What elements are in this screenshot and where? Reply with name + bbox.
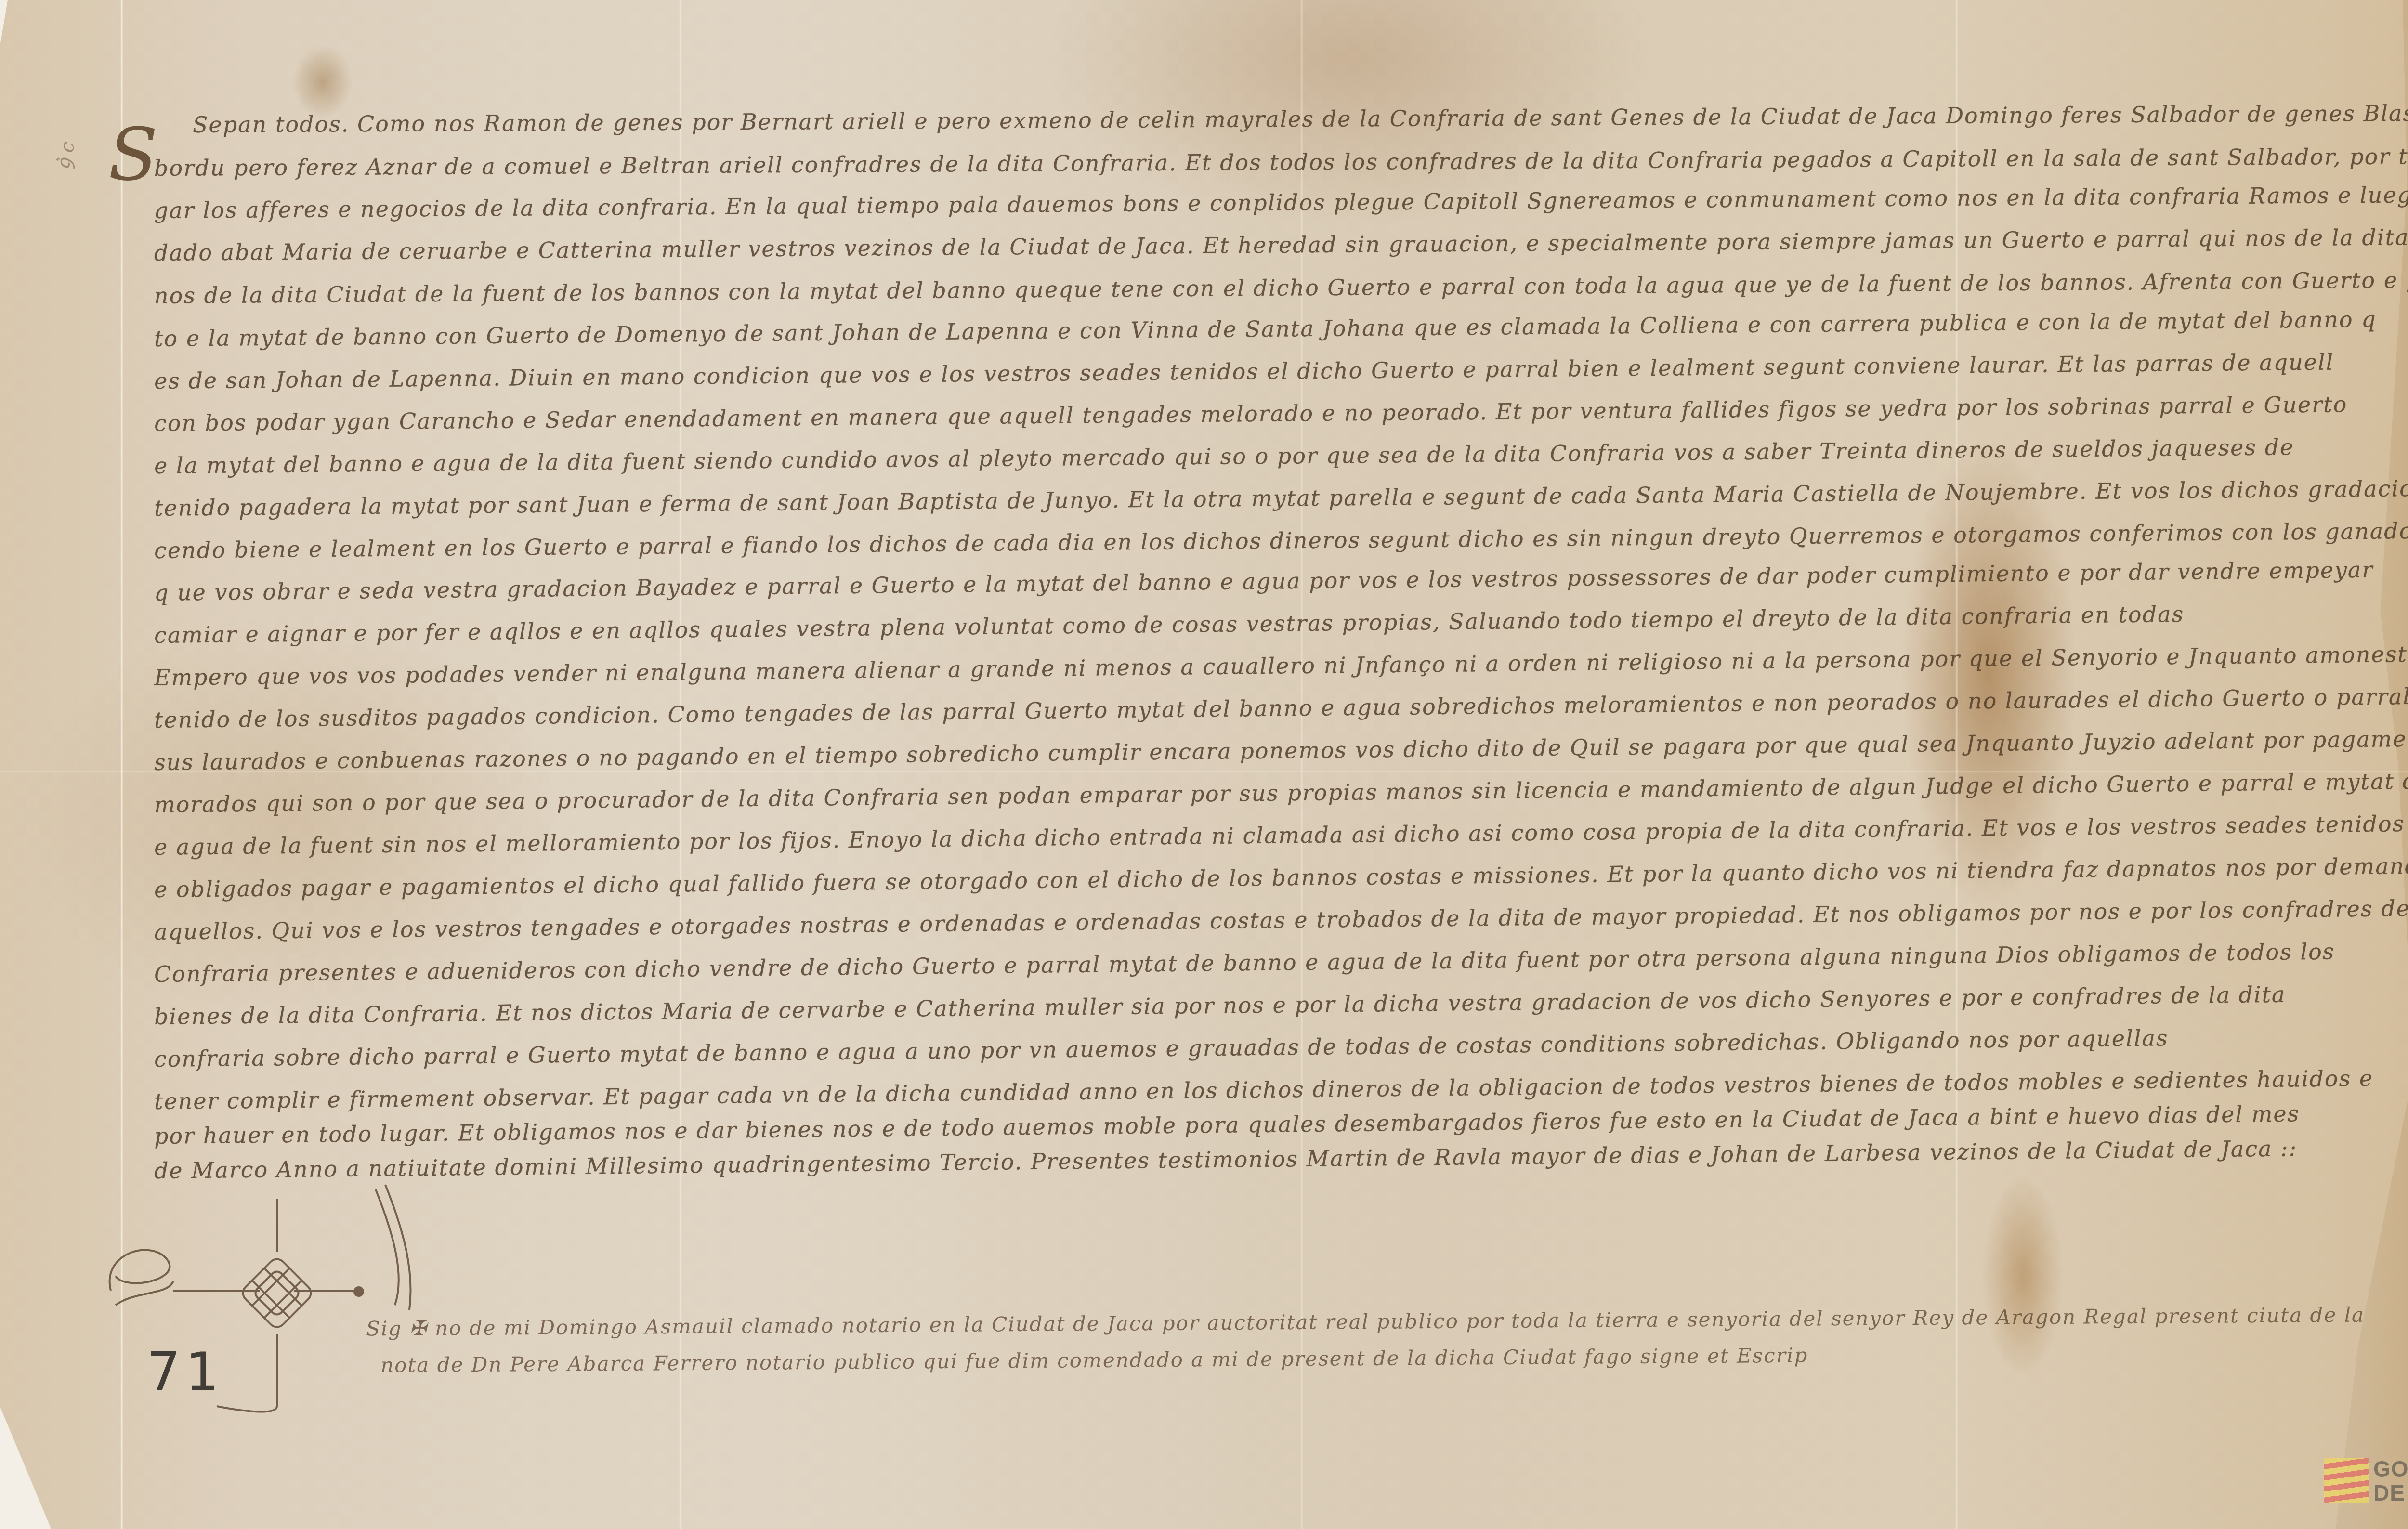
margin-note: ꝯ͛ c: [49, 139, 80, 171]
document-scan: ꝯ͛ c S Sepan todos. Como nos Ramon de ge…: [0, 0, 2408, 1529]
watermark-line-1: GOBIERNO: [2373, 1457, 2408, 1481]
watermark-line-2: DE ARAGON: [2373, 1481, 2408, 1505]
aragon-flag-icon: [2324, 1458, 2369, 1503]
fold-crease: [1300, 0, 1303, 1529]
decorated-initial: S: [108, 113, 158, 197]
archive-number: 71: [147, 1341, 224, 1403]
gobierno-de-aragon-watermark: GOBIERNO DE ARAGON: [2324, 1457, 2408, 1505]
watermark-text: GOBIERNO DE ARAGON: [2373, 1457, 2408, 1505]
